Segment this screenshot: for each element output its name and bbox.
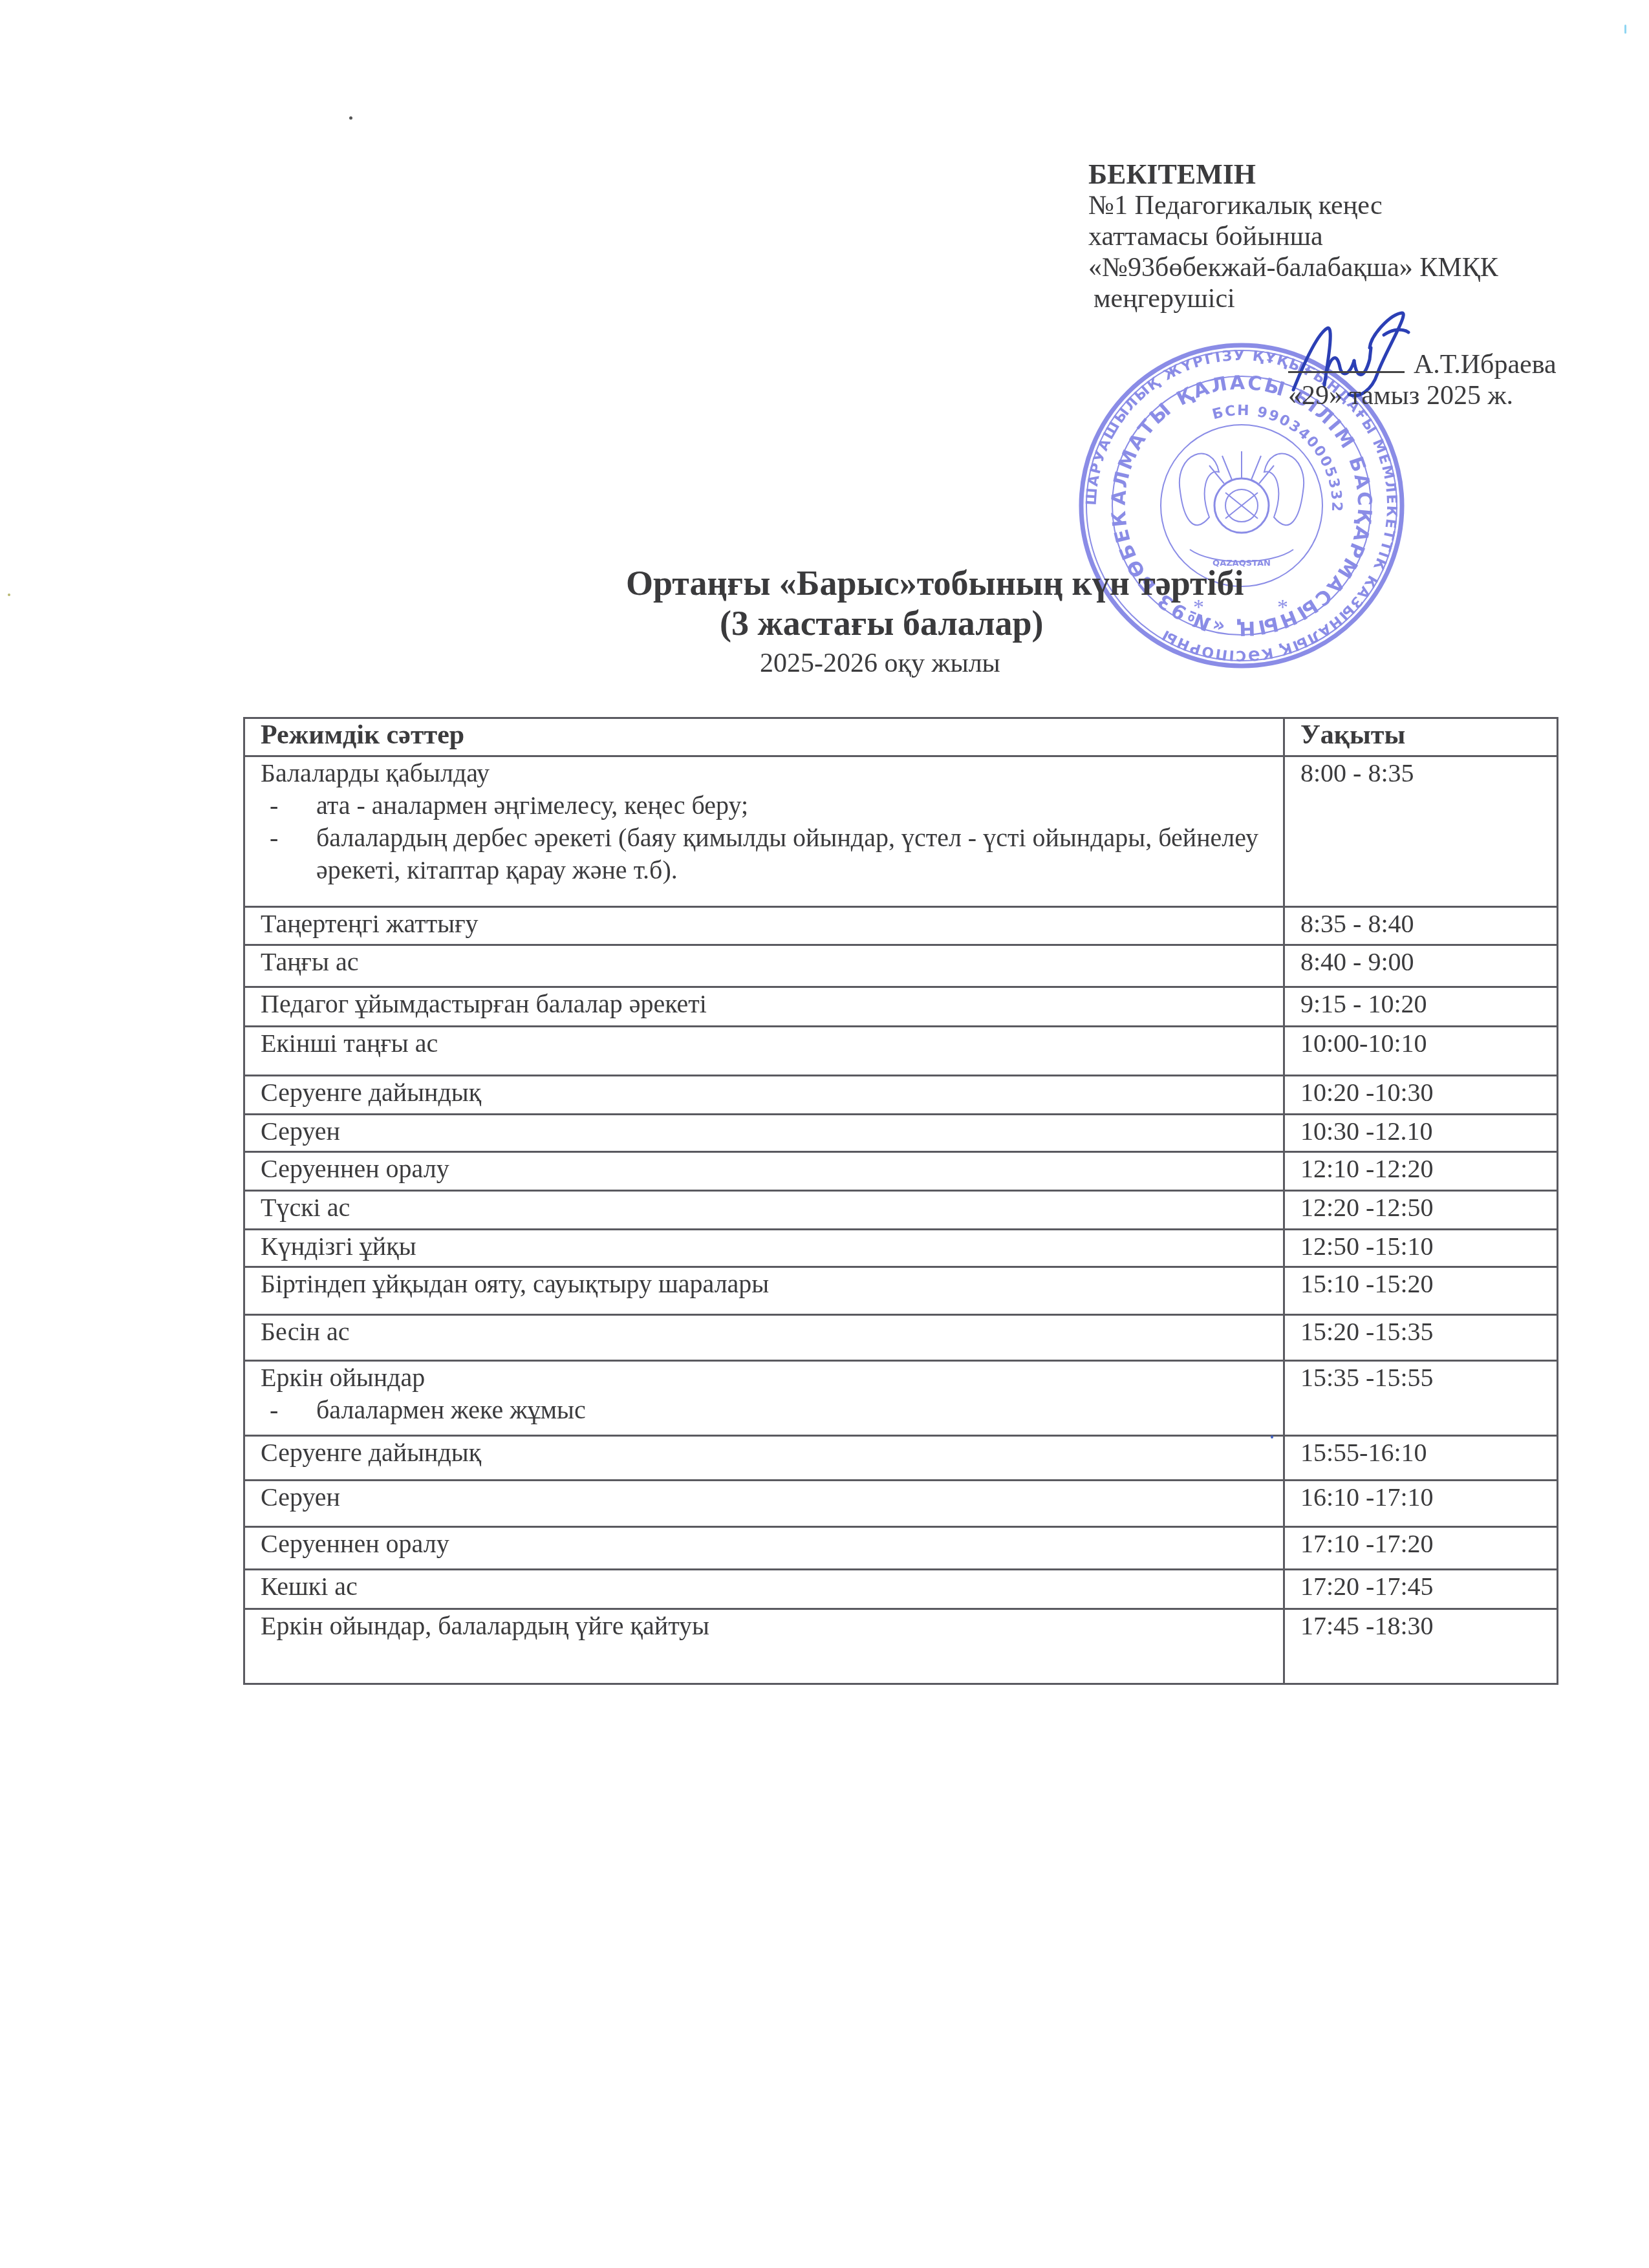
activity-label: Таңертеңгі жаттығу (261, 908, 1277, 940)
time-cell: 10:00-10:10 (1284, 1027, 1558, 1076)
daily-schedule-table: Режимдік сәттер Уақыты Балаларды қабылда… (243, 717, 1558, 1685)
table-row: Таңертеңгі жаттығу8:35 - 8:40 (244, 907, 1558, 945)
activity-label: Серуен (261, 1481, 1277, 1514)
table-row: Біртіндеп ұйқыдан ояту, сауықтыру шарала… (244, 1267, 1558, 1315)
activity-label: Еркін ойындар (261, 1362, 1277, 1394)
activity-cell: Серуеннен оралу (244, 1152, 1284, 1191)
signatory-name: А.Т.Ибраева (1414, 350, 1557, 380)
time-cell: 8:35 - 8:40 (1284, 907, 1558, 945)
activity-label: Педагог ұйымдастырған балалар әрекеті (261, 988, 1277, 1020)
activity-cell: Таңғы ас (244, 945, 1284, 987)
activity-label: Серуенге дайындық (261, 1437, 1277, 1469)
table-row: Бесін ас15:20 -15:35 (244, 1315, 1558, 1361)
table-row: Күндізгі ұйқы12:50 -15:10 (244, 1230, 1558, 1267)
activity-detail-item: ата - аналармен әңгімелесу, кеңес беру; (261, 789, 1277, 822)
activity-label: Екінші таңғы ас (261, 1027, 1277, 1060)
activity-cell: Серуенге дайындық (244, 1436, 1284, 1481)
activity-cell: Серуен (244, 1115, 1284, 1152)
time-cell: 12:10 -12:20 (1284, 1152, 1558, 1191)
table-row: Түскі ас12:20 -12:50 (244, 1191, 1558, 1230)
activity-cell: Балаларды қабылдауата - аналармен әңгіме… (244, 756, 1284, 907)
activity-label: Бесін ас (261, 1316, 1277, 1348)
activity-label: Серуен (261, 1115, 1277, 1148)
table-row: Серуенге дайындық10:20 -10:30 (244, 1076, 1558, 1115)
time-cell: 17:10 -17:20 (1284, 1527, 1558, 1570)
table-row: Серуенге дайындық15:55-16:10 (244, 1436, 1558, 1481)
activity-details-list: балалармен жеке жұмыс (261, 1394, 1277, 1426)
document-title: Ортаңғы «Барыс»тобының күн тәртібі (626, 564, 1244, 603)
activity-cell: Серуен (244, 1481, 1284, 1527)
time-cell: 12:50 -15:10 (1284, 1230, 1558, 1267)
time-cell: 12:20 -12:50 (1284, 1191, 1558, 1230)
header-activity: Режимдік сәттер (244, 718, 1284, 756)
activity-cell: Таңертеңгі жаттығу (244, 907, 1284, 945)
activity-detail-item: балалармен жеке жұмыс (261, 1394, 1277, 1426)
activity-detail-item: балалардың дербес әрекеті (баяу қимылды … (261, 822, 1277, 886)
approval-line: хаттамасы бойынша (1088, 221, 1498, 252)
scan-speck (1271, 1435, 1273, 1439)
time-cell: 15:20 -15:35 (1284, 1315, 1558, 1361)
table-header-row: Режимдік сәттер Уақыты (244, 718, 1558, 756)
svg-text:*: * (1277, 595, 1288, 619)
time-cell: 8:40 - 9:00 (1284, 945, 1558, 987)
scan-speck (8, 594, 10, 596)
activity-label: Серуеннен оралу (261, 1153, 1277, 1185)
academic-year: 2025-2026 оқу жылы (760, 648, 1000, 679)
table-row: Педагог ұйымдастырған балалар әрекеті9:1… (244, 987, 1558, 1027)
approval-line: «№93бөбекжай-балабақша» КМҚК (1088, 252, 1498, 283)
table-row: Серуеннен оралу17:10 -17:20 (244, 1527, 1558, 1570)
signature-row: А.Т.Ибраева (1288, 349, 1557, 380)
activity-cell: Еркін ойындарбалалармен жеке жұмыс (244, 1361, 1284, 1436)
activity-label: Кешкі ас (261, 1570, 1277, 1603)
activity-label: Түскі ас (261, 1192, 1277, 1224)
activity-cell: Екінші таңғы ас (244, 1027, 1284, 1076)
activity-label: Күндізгі ұйқы (261, 1230, 1277, 1263)
activity-label: Серуеннен оралу (261, 1528, 1277, 1560)
activity-cell: Педагог ұйымдастырған балалар әрекеті (244, 987, 1284, 1027)
time-cell: 10:20 -10:30 (1284, 1076, 1558, 1115)
table-row: Балаларды қабылдауата - аналармен әңгіме… (244, 756, 1558, 907)
signature-line (1288, 352, 1405, 373)
time-cell: 15:55-16:10 (1284, 1436, 1558, 1481)
scan-speck (349, 116, 352, 120)
time-cell: 10:30 -12.10 (1284, 1115, 1558, 1152)
header-time: Уақыты (1284, 718, 1558, 756)
activity-cell: Бесін ас (244, 1315, 1284, 1361)
table-row: Серуен16:10 -17:10 (244, 1481, 1558, 1527)
activity-cell: Серуеннен оралу (244, 1527, 1284, 1570)
approval-block: БЕКІТЕМІН №1 Педагогикалық кеңес хаттама… (1088, 159, 1498, 314)
document-subtitle: (3 жастағы балалар) (720, 604, 1044, 643)
table-row: Кешкі ас17:20 -17:45 (244, 1570, 1558, 1609)
activity-cell: Түскі ас (244, 1191, 1284, 1230)
table-body: Балаларды қабылдауата - аналармен әңгіме… (244, 756, 1558, 1684)
time-cell: 16:10 -17:10 (1284, 1481, 1558, 1527)
activity-cell: Біртіндеп ұйқыдан ояту, сауықтыру шарала… (244, 1267, 1284, 1315)
approval-heading: БЕКІТЕМІН (1088, 159, 1498, 190)
activity-label: Таңғы ас (261, 946, 1277, 978)
table-row: Серуен10:30 -12.10 (244, 1115, 1558, 1152)
time-cell: 15:10 -15:20 (1284, 1267, 1558, 1315)
activity-details-list: ата - аналармен әңгімелесу, кеңес беру;б… (261, 789, 1277, 886)
time-cell: 8:00 - 8:35 (1284, 756, 1558, 907)
activity-cell: Еркін ойындар, балалардың үйге қайтуы (244, 1609, 1284, 1684)
table-row: Екінші таңғы ас10:00-10:10 (244, 1027, 1558, 1076)
scan-speck (1624, 25, 1626, 34)
activity-label: Біртіндеп ұйқыдан ояту, сауықтыру шарала… (261, 1268, 1277, 1300)
time-cell: 17:45 -18:30 (1284, 1609, 1558, 1684)
approval-date: «29» тамыз 2025 ж. (1288, 380, 1513, 411)
activity-label: Еркін ойындар, балалардың үйге қайтуы (261, 1610, 1277, 1642)
table-row: Еркін ойындар, балалардың үйге қайтуы17:… (244, 1609, 1558, 1684)
activity-cell: Серуенге дайындық (244, 1076, 1284, 1115)
approval-line: №1 Педагогикалық кеңес (1088, 190, 1498, 221)
time-cell: 9:15 - 10:20 (1284, 987, 1558, 1027)
table-row: Таңғы ас8:40 - 9:00 (244, 945, 1558, 987)
activity-cell: Күндізгі ұйқы (244, 1230, 1284, 1267)
activity-label: Серуенге дайындық (261, 1076, 1277, 1109)
activity-label: Балаларды қабылдау (261, 757, 1277, 789)
time-cell: 15:35 -15:55 (1284, 1361, 1558, 1436)
activity-cell: Кешкі ас (244, 1570, 1284, 1609)
table-row: Еркін ойындарбалалармен жеке жұмыс15:35 … (244, 1361, 1558, 1436)
time-cell: 17:20 -17:45 (1284, 1570, 1558, 1609)
table-row: Серуеннен оралу12:10 -12:20 (244, 1152, 1558, 1191)
